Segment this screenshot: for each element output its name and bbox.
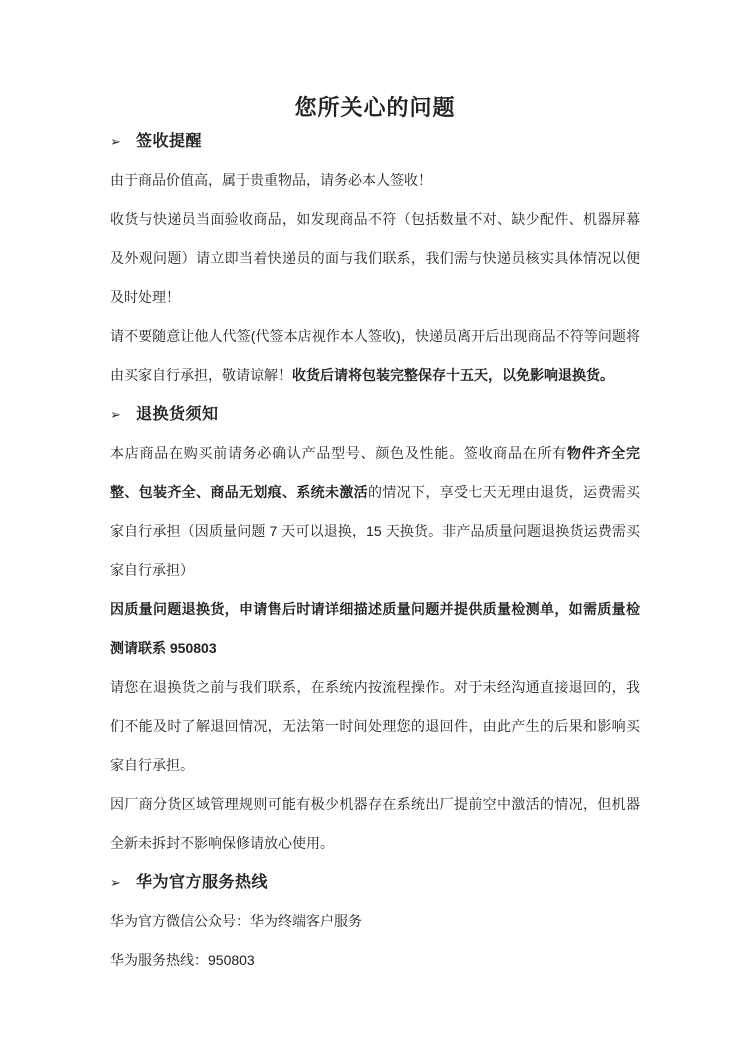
text-run: 华为官方微信公众号：华为终端客户服务	[110, 913, 362, 929]
document-title: 您所关心的问题	[110, 94, 640, 122]
bold-text-run: 收货后请将包装完整保存十五天，以免影响退换货。	[292, 367, 614, 383]
section-huawei-hotline: ➢ 华为官方服务热线 华为官方微信公众号：华为终端客户服务 华为服务热线：950…	[110, 863, 640, 980]
faq-document-page: 您所关心的问题 ➢ 签收提醒 由于商品价值高，属于贵重物品，请务必本人签收！ 收…	[0, 0, 750, 1060]
section-heading: ➢ 华为官方服务热线	[110, 863, 640, 902]
paragraph: 因厂商分货区域管理规则可能有极少机器存在系统出厂提前空中激活的情况，但机器全新未…	[110, 785, 640, 863]
arrow-bullet-icon: ➢	[110, 863, 136, 902]
section-heading-label: 退换货须知	[136, 395, 219, 434]
text-run: 收货与快递员当面验收商品，如发现商品不符（包括数量不对、缺少配件、机器屏幕及外观…	[110, 211, 640, 305]
section-heading: ➢ 退换货须知	[110, 395, 640, 434]
section-heading-label: 签收提醒	[136, 122, 202, 161]
arrow-bullet-icon: ➢	[110, 122, 136, 161]
paragraph: 本店商品在购买前请务必确认产品型号、颜色及性能。签收商品在所有物件齐全完整、包装…	[110, 434, 640, 590]
text-run: 华为服务热线：950803	[110, 952, 255, 968]
section-return-policy: ➢ 退换货须知 本店商品在购买前请务必确认产品型号、颜色及性能。签收商品在所有物…	[110, 395, 640, 863]
paragraph: 请不要随意让他人代签(代签本店视作本人签收)，快递员离开后出现商品不符等问题将由…	[110, 317, 640, 395]
text-run: 本店商品在购买前请务必确认产品型号、颜色及性能。签收商品在所有	[110, 445, 567, 461]
paragraph: 请您在退换货之前与我们联系，在系统内按流程操作。对于未经沟通直接退回的，我们不能…	[110, 668, 640, 785]
paragraph: 华为服务热线：950803	[110, 941, 640, 980]
text-run: 由于商品价值高，属于贵重物品，请务必本人签收！	[110, 172, 432, 188]
section-heading: ➢ 签收提醒	[110, 122, 640, 161]
paragraph: 因质量问题退换货，申请售后时请详细描述质量问题并提供质量检测单，如需质量检测请联…	[110, 590, 640, 668]
text-run: 因厂商分货区域管理规则可能有极少机器存在系统出厂提前空中激活的情况，但机器全新未…	[110, 796, 640, 851]
bold-text-run: 因质量问题退换货，申请售后时请详细描述质量问题并提供质量检测单，如需质量检测请联…	[110, 601, 640, 656]
paragraph: 由于商品价值高，属于贵重物品，请务必本人签收！	[110, 161, 640, 200]
text-run: 请您在退换货之前与我们联系，在系统内按流程操作。对于未经沟通直接退回的，我们不能…	[110, 679, 640, 773]
section-sign-reminder: ➢ 签收提醒 由于商品价值高，属于贵重物品，请务必本人签收！ 收货与快递员当面验…	[110, 122, 640, 395]
paragraph: 收货与快递员当面验收商品，如发现商品不符（包括数量不对、缺少配件、机器屏幕及外观…	[110, 200, 640, 317]
section-heading-label: 华为官方服务热线	[136, 863, 268, 902]
arrow-bullet-icon: ➢	[110, 395, 136, 434]
paragraph: 华为官方微信公众号：华为终端客户服务	[110, 902, 640, 941]
